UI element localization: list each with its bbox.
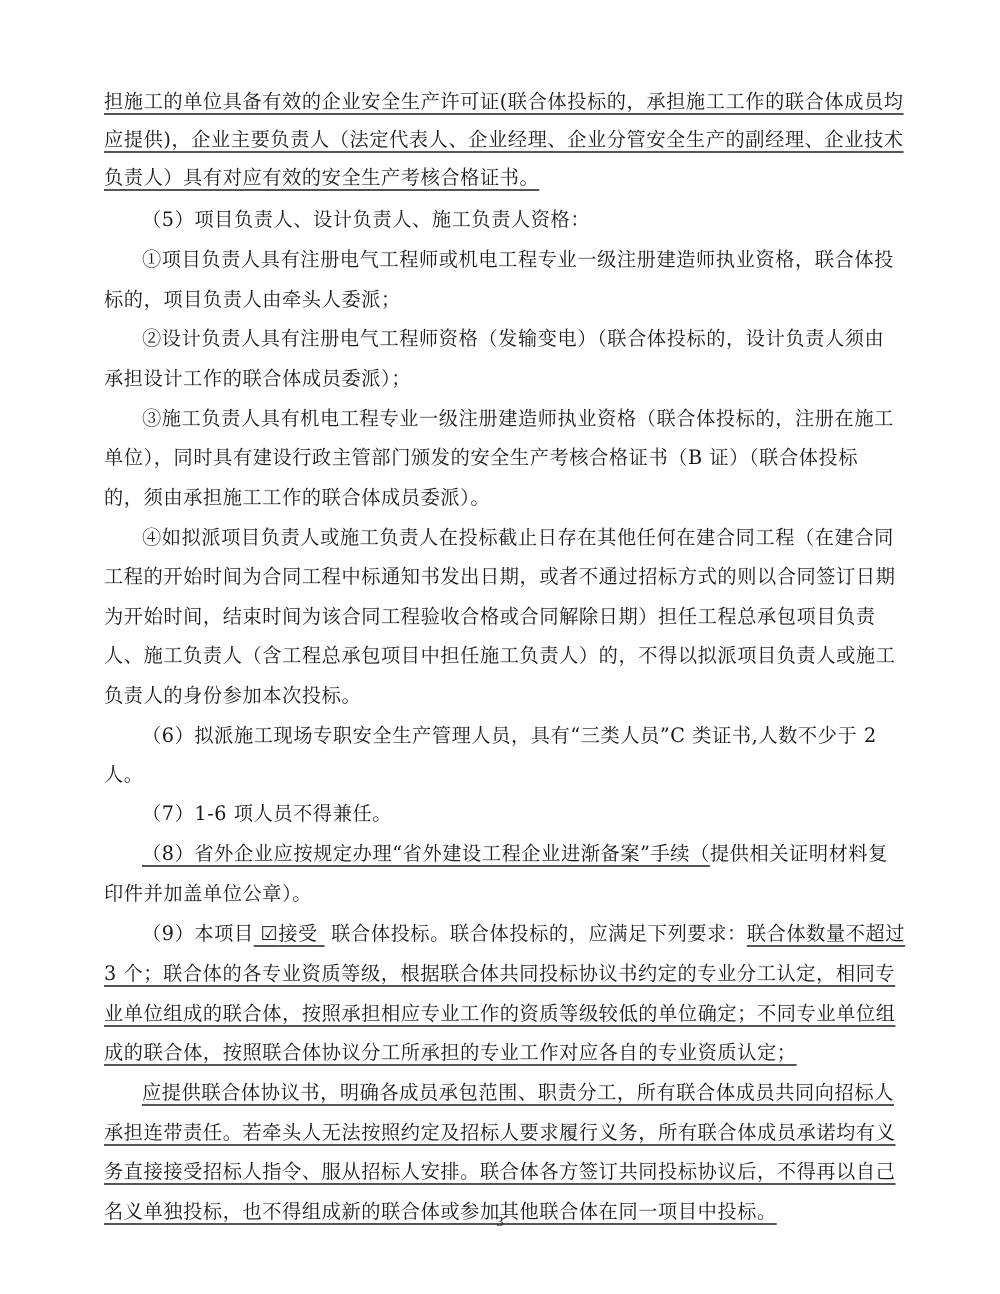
text-line: 务直接接受招标人指令、服从招标人安排。联合体各方签订共同投标协议后，不得再以自己 xyxy=(104,1156,896,1188)
text-line: ③施工负责人具有机电工程专业一级注册建造师执业资格（联合体投标的，注册在施工 xyxy=(142,403,894,435)
text-line: 业单位组成的联合体，按照承担相应专业工作的资质等级较低的单位确定；不同专业单位组 xyxy=(104,998,896,1030)
text-line: 承担连带责任。若牵头人无法按照约定及招标人要求履行义务，所有联合体成员承诺均有义 xyxy=(104,1117,896,1149)
text-line: 人。 xyxy=(104,759,144,791)
text-line: 的，须由承担施工工作的联合体成员委派）。 xyxy=(104,482,490,514)
text-line: 成的联合体，按照联合体协议分工所承担的专业工作对应各自的专业资质认定； xyxy=(104,1037,797,1069)
text-line: 为开始时间，结束时间为该合同工程验收合格或合同解除日期）担任工程总承包项目负责 xyxy=(104,601,876,633)
choice-label: 接受 xyxy=(278,922,318,945)
text-line: ①项目负责人具有注册电气工程师或机电工程专业一级注册建造师执业资格，联合体投 xyxy=(142,244,894,276)
consortium-choice: ☑接受 xyxy=(254,922,325,945)
text-line: 应提供)，企业主要负责人（法定代表人、企业经理、企业分管安全生产的副经理、企业技… xyxy=(104,124,904,156)
text-line: 3 个；联合体的各专业资质等级，根据联合体共同投标协议书约定的专业分工认定，相同… xyxy=(104,958,895,990)
text-line: 负责人的身份参加本次投标。 xyxy=(104,680,361,712)
underlined-text: （8）省外企业应按规定办理“省外建设工程企业进渐备案”手续（ xyxy=(142,842,710,865)
underlined-text: 联合体数量不超过 xyxy=(747,922,905,945)
text-line: 应提供联合体协议书，明确各成员承包范围、职责分工，所有联合体成员共同向招标人 xyxy=(142,1077,894,1109)
text-line: 负责人）具有对应有效的安全生产考核合格证书。 xyxy=(104,162,539,194)
plain-text: 提供相关证明材料复 xyxy=(710,842,888,865)
text-line: ②设计负责人具有注册电气工程师资格（发输变电）（联合体投标的，设计负责人须由 xyxy=(142,323,884,355)
plain-text: （9）本项目 xyxy=(142,922,254,945)
text-line: 标的，项目负责人由牵头人委派； xyxy=(104,284,401,316)
checkbox-checked-icon: ☑ xyxy=(260,922,278,945)
page-number: 3 xyxy=(0,1215,1000,1231)
text-line: 印件并加盖单位公章）。 xyxy=(104,878,312,910)
section-heading-8: （8）省外企业应按规定办理“省外建设工程企业进渐备案”手续（提供相关证明材料复 xyxy=(142,838,888,870)
section-heading-5: （5）项目负责人、设计负责人、施工负责人资格： xyxy=(142,204,590,236)
section-heading-9: （9）本项目 ☑接受 联合体投标。联合体投标的，应满足下列要求：联合体数量不超过 xyxy=(142,918,905,950)
text-line: 人、施工负责人（含工程总承包项目中担任施工负责人）的，不得以拟派项目负责人或施工 xyxy=(104,640,896,672)
text-line: 担施工的单位具备有效的企业安全生产许可证(联合体投标的，承担施工工作的联合体成员… xyxy=(104,86,904,118)
text-line: 单位），同时具有建设行政主管部门颁发的安全生产考核合格证书（B 证）（联合体投标 xyxy=(104,442,858,474)
section-heading-7: （7）1-6 项人员不得兼任。 xyxy=(142,798,392,830)
text-line: ④如拟派项目负责人或施工负责人在投标截止日存在其他任何在建合同工程（在建合同 xyxy=(142,522,894,554)
section-heading-6: （6）拟派施工现场专职安全生产管理人员，具有“三类人员”C 类证书,人数不少于 … xyxy=(142,720,877,752)
plain-text: 联合体投标。联合体投标的，应满足下列要求： xyxy=(325,922,747,945)
text-line: 承担设计工作的联合体成员委派）； xyxy=(104,363,411,395)
text-line: 工程的开始时间为合同工程中标通知书发出日期，或者不通过招标方式的则以合同签订日期 xyxy=(104,561,896,593)
